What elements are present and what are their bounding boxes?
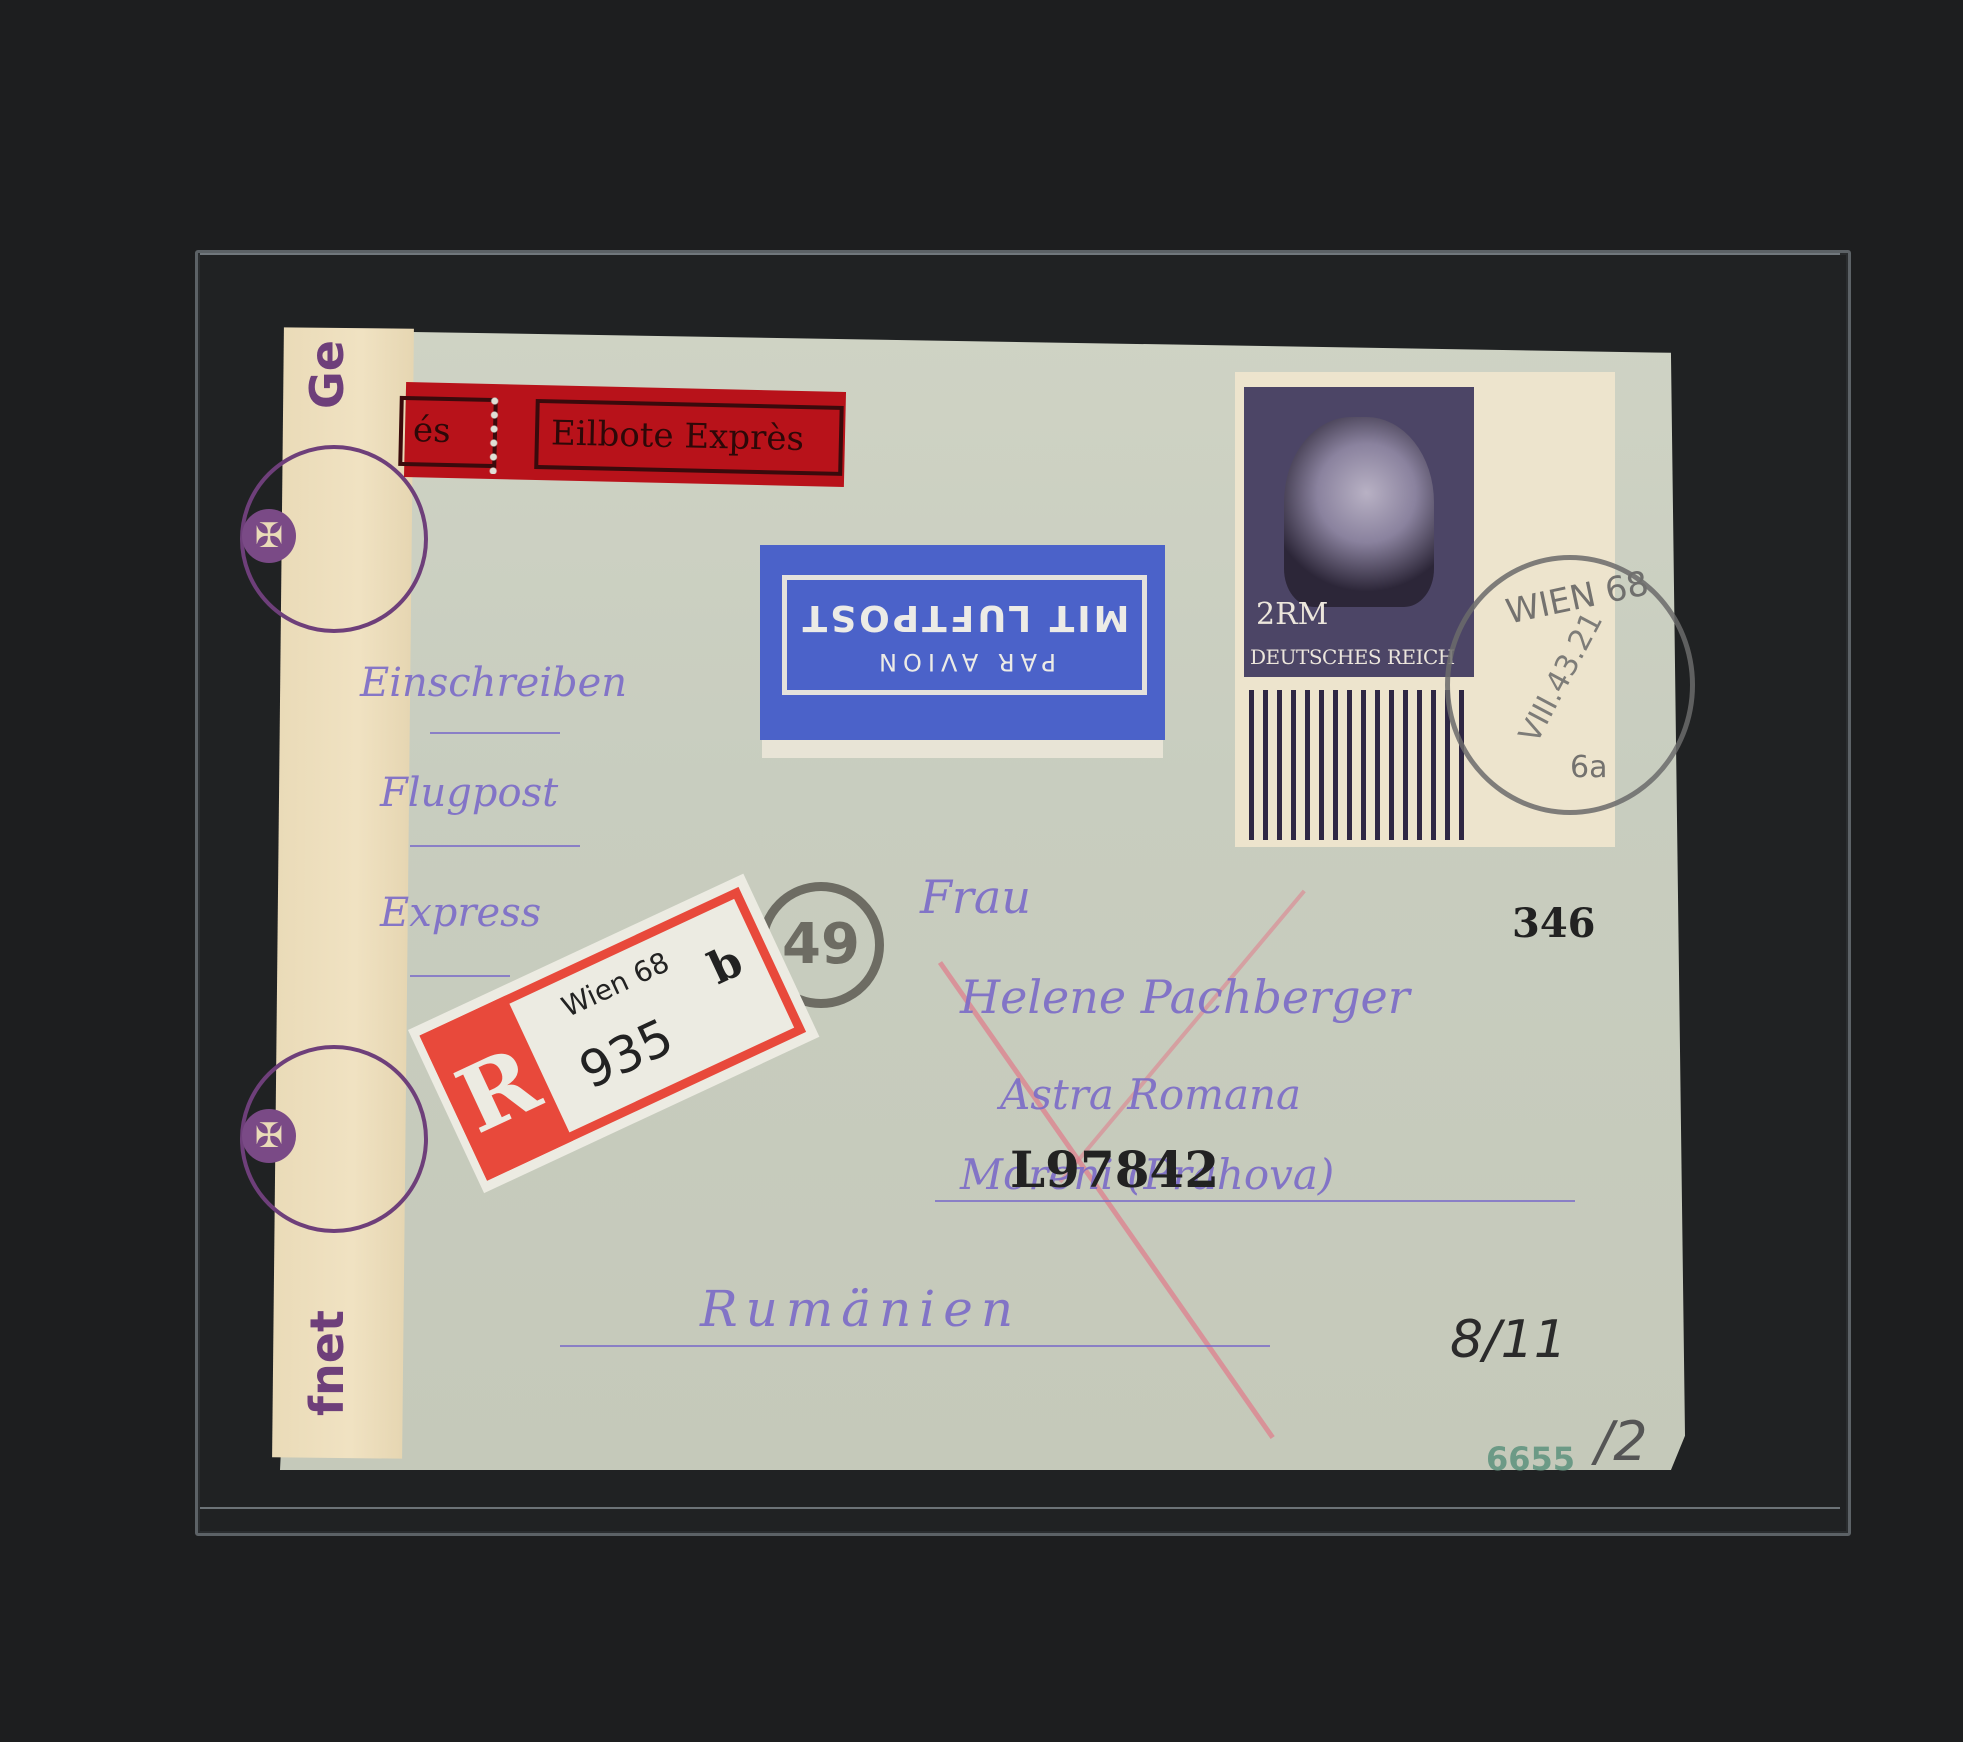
express-label-text: Eilbote Exprès	[551, 413, 805, 459]
address-line-2: Helene Pachberger	[960, 970, 1410, 1024]
pencil-corner-note: /2	[1595, 1410, 1648, 1473]
censor-tape-text-bottom: fnet	[300, 1310, 354, 1416]
postmark: WIEN 68 VIII.43.21 6a	[1445, 555, 1695, 815]
censor-seal-lower: ✠	[240, 1045, 428, 1233]
eagle-emblem-icon: ✠	[242, 509, 296, 563]
address-line-1: Frau	[920, 870, 1031, 924]
stamp-country: DEUTSCHES REICH	[1250, 645, 1455, 669]
sleeve-top-edge	[200, 253, 1840, 255]
serial-number-stamp: L97842	[1010, 1140, 1219, 1199]
eagle-emblem-icon: ✠	[242, 1109, 296, 1163]
address-line-5: Rumänien	[700, 1280, 1021, 1338]
underline	[410, 975, 510, 977]
perforation	[489, 394, 499, 474]
airmail-label-line1: PAR AVION	[787, 648, 1142, 676]
airmail-label-frame: PAR AVION MIT LUFTPOST	[782, 575, 1147, 695]
express-label-stub-text: és	[413, 410, 451, 451]
stamp-value: 2RM	[1256, 597, 1328, 632]
underline	[430, 732, 560, 734]
postmark-code: 6a	[1570, 750, 1607, 785]
express-label: és Eilbote Exprès	[404, 382, 846, 487]
count-stamp: 346	[1512, 900, 1596, 947]
portrait-icon	[1284, 417, 1434, 607]
airmail-label-line2: MIT LUFTPOST	[787, 597, 1142, 638]
postage-stamp: 2RM DEUTSCHES REICH	[1240, 383, 1478, 681]
address-line-3: Astra Romana	[1000, 1070, 1301, 1119]
underline	[560, 1345, 1270, 1347]
underline	[410, 845, 580, 847]
pencil-date-note: 8/11	[1450, 1310, 1567, 1370]
handwriting-airmail: Flugpost	[380, 770, 558, 816]
handwriting-registered: Einschreiben	[360, 660, 627, 706]
censor-tape-text-top: Ge	[300, 340, 354, 409]
handwriting-express: Express	[380, 890, 541, 936]
censor-seal-upper: ✠	[240, 445, 428, 633]
airmail-label: PAR AVION MIT LUFTPOST	[760, 545, 1165, 740]
underline	[935, 1200, 1575, 1202]
sleeve-bottom-edge	[200, 1507, 1840, 1509]
stamp-margin-bars	[1240, 690, 1470, 840]
green-handstamp-number: 6655	[1486, 1440, 1575, 1478]
